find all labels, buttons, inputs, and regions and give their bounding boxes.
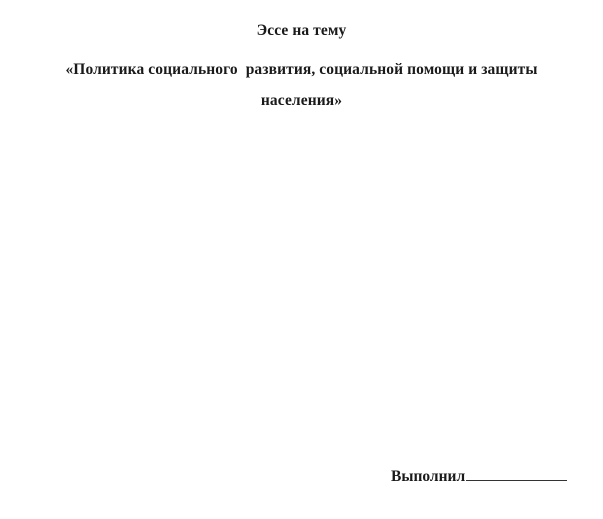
signature-blank-line (466, 466, 567, 481)
essay-heading: Эссе на тему (0, 22, 603, 40)
signature-block: Выполнил (391, 466, 567, 486)
essay-title-line-2: населения» (0, 92, 603, 110)
document-page: Эссе на тему «Политика социального разви… (0, 0, 603, 519)
essay-title-line-1: «Политика социального развития, социальн… (0, 61, 603, 79)
signature-label: Выполнил (391, 468, 465, 486)
